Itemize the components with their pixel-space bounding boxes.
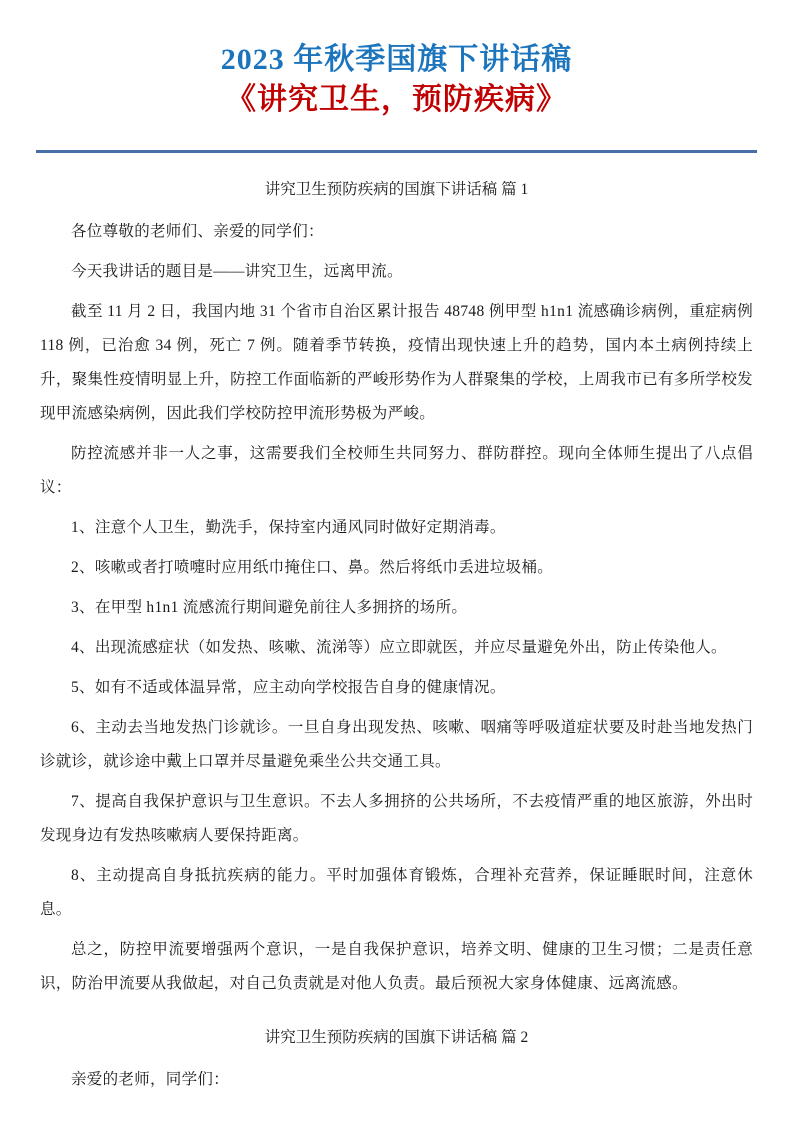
document-body: 讲究卫生预防疾病的国旗下讲话稿 篇 1 各位尊敬的老师们、亲爱的同学们：今天我讲…	[40, 175, 753, 1097]
divider-line	[36, 150, 757, 153]
body-paragraph: 亲爱的老师，同学们：	[40, 1063, 753, 1097]
section-paragraphs: 各位尊敬的老师们、亲爱的同学们：今天我讲话的题目是——讲究卫生，远离甲流。截至 …	[40, 215, 753, 1001]
body-paragraph: 防控流感并非一人之事，这需要我们全校师生共同努力、群防群控。现向全体师生提出了八…	[40, 437, 753, 505]
body-paragraph: 今天我讲话的题目是——讲究卫生，远离甲流。	[40, 255, 753, 289]
body-paragraph: 1、注意个人卫生，勤洗手，保持室内通风同时做好定期消毒。	[40, 511, 753, 545]
section-heading: 讲究卫生预防疾病的国旗下讲话稿 篇 2	[40, 1023, 753, 1053]
speech-section: 讲究卫生预防疾病的国旗下讲话稿 篇 1 各位尊敬的老师们、亲爱的同学们：今天我讲…	[40, 175, 753, 1001]
section-heading: 讲究卫生预防疾病的国旗下讲话稿 篇 1	[40, 175, 753, 205]
body-paragraph: 7、提高自我保护意识与卫生意识。不去人多拥挤的公共场所，不去疫情严重的地区旅游，…	[40, 785, 753, 853]
body-paragraph: 总之，防控甲流要增强两个意识，一是自我保护意识，培养文明、健康的卫生习惯；二是责…	[40, 933, 753, 1001]
body-paragraph: 6、主动去当地发热门诊就诊。一旦自身出现发热、咳嗽、咽痛等呼吸道症状要及时赴当地…	[40, 711, 753, 779]
section-paragraphs: 亲爱的老师，同学们：	[40, 1063, 753, 1097]
body-paragraph: 8、主动提高自身抵抗疾病的能力。平时加强体育锻炼，合理补充营养，保证睡眠时间，注…	[40, 859, 753, 927]
body-paragraph: 3、在甲型 h1n1 流感流行期间避免前往人多拥挤的场所。	[40, 591, 753, 625]
body-paragraph: 截至 11 月 2 日，我国内地 31 个省市自治区累计报告 48748 例甲型…	[40, 295, 753, 431]
body-paragraph: 各位尊敬的老师们、亲爱的同学们：	[40, 215, 753, 249]
document-subtitle: 《讲究卫生，预防疾病》	[40, 80, 753, 120]
document-page: 2023 年秋季国旗下讲话稿 《讲究卫生，预防疾病》 讲究卫生预防疾病的国旗下讲…	[0, 0, 793, 1122]
body-paragraph: 5、如有不适或体温异常，应主动向学校报告自身的健康情况。	[40, 671, 753, 705]
body-paragraph: 2、咳嗽或者打喷嚏时应用纸巾掩住口、鼻。然后将纸巾丢进垃圾桶。	[40, 551, 753, 585]
speech-section: 讲究卫生预防疾病的国旗下讲话稿 篇 2 亲爱的老师，同学们：	[40, 1023, 753, 1097]
document-title: 2023 年秋季国旗下讲话稿	[40, 40, 753, 80]
body-paragraph: 4、出现流感症状（如发热、咳嗽、流涕等）应立即就医，并应尽量避免外出，防止传染他…	[40, 631, 753, 665]
